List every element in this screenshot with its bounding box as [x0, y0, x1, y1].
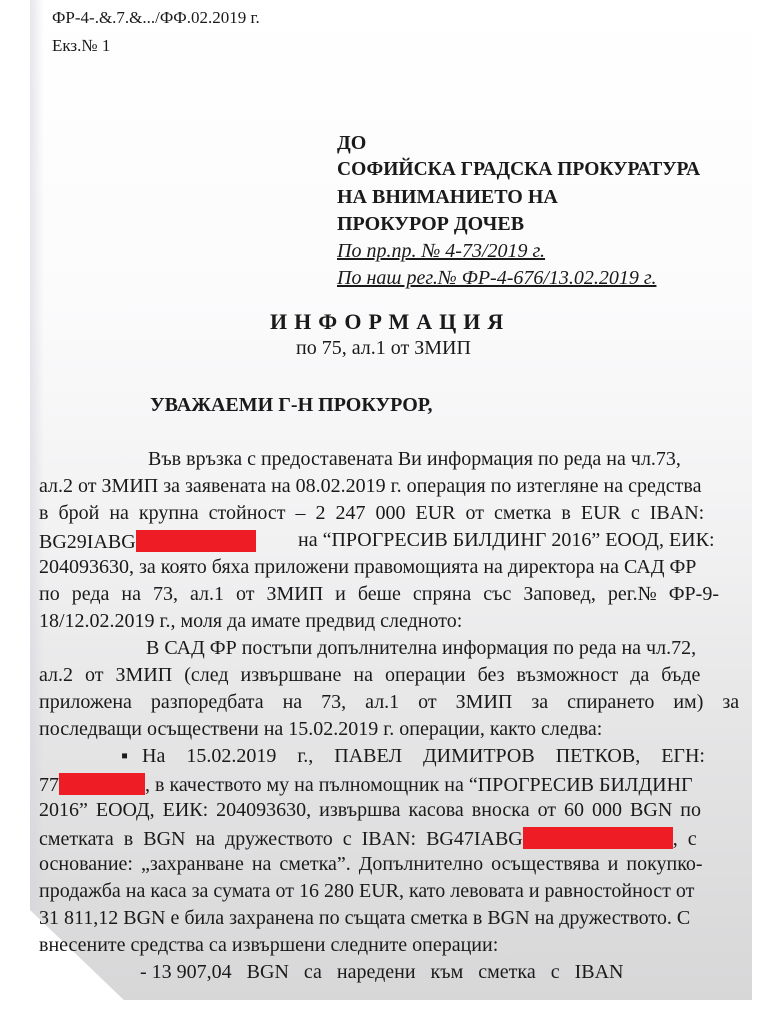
egn-prefix: 77	[39, 774, 59, 796]
text: , в качеството му на пълномощник на “ПРО…	[145, 774, 693, 796]
redacted-iban	[136, 530, 256, 552]
bullet-line3: 2016” ЕООД, ЕИК: 204093630, извършва кас…	[39, 800, 701, 820]
bullet-line7: 31 811,12 BGN е била захранена по същата…	[39, 908, 690, 928]
para1-line3: в брой на крупна стойност – 2 247 000 EU…	[39, 503, 704, 523]
para1-line2: ал.2 от ЗМИП за заявената на 08.02.2019 …	[39, 476, 701, 496]
iban-prefix: BG29IABG	[39, 531, 136, 553]
redacted-iban	[523, 827, 673, 849]
case-reference: По пр.пр. № 4-73/2019 г.	[337, 241, 545, 261]
para1-line1: Във връзка с предоставената Ви информаци…	[148, 449, 748, 469]
text: , с	[673, 828, 697, 850]
bullet-marker: ▪	[121, 746, 128, 766]
bullet-line4: сметката в BGN на дружеството с IBAN: BG…	[39, 827, 697, 849]
bullet-line1: На 15.02.2019 г., ПАВЕЛ ДИМИТРОВ ПЕТКОВ,…	[142, 746, 705, 766]
reference-number: ФР-4-.&.7.&.../ФФ.02.2019 г.	[52, 8, 260, 28]
document-title: ИНФОРМАЦИЯ	[270, 312, 510, 332]
addressee-prosecutor: ПРОКУРОР ДОЧЕВ	[337, 214, 524, 234]
document-subtitle: по 75, ал.1 от ЗМИП	[296, 338, 471, 358]
para2-line1: В САД ФР постъпи допълнителна информация…	[146, 638, 696, 658]
para2-line2: ал.2 от ЗМИП (след извършване на операци…	[39, 665, 700, 685]
page-edge-shadow	[30, 0, 44, 1000]
para1-line4: BG29IABG	[39, 530, 256, 552]
salutation: УВАЖАЕМИ Г-Н ПРОКУРОР,	[150, 395, 433, 415]
para1-line5: 204093630, за която бяха приложени право…	[39, 557, 696, 577]
bullet-line6: продажба на каса за сумата от 16 280 EUR…	[39, 881, 694, 901]
addressee-institution: СОФИЙСКА ГРАДСКА ПРОКУРАТУРА	[337, 160, 700, 180]
para2-line4: последващи осъществени на 15.02.2019 г. …	[39, 719, 602, 739]
scanned-page	[30, 0, 752, 1000]
para1-line6: по реда на 73, ал.1 от ЗМИП и беше спрян…	[39, 584, 719, 604]
sub-item-line: - 13 907,04 BGN са наредени към сметка с…	[140, 962, 623, 982]
iban-prefix: сметката в BGN на дружеството с IBAN: BG…	[39, 828, 523, 850]
addressee-to: ДО	[337, 133, 366, 153]
addressee-attention: НА ВНИМАНИЕТО НА	[337, 187, 558, 207]
our-reference: По наш рег.№ ФР-4-676/13.02.2019 г.	[337, 268, 656, 288]
bullet-line2: 77, в качеството му на пълномощник на “П…	[39, 773, 693, 795]
para2-line3: приложена разпоредбата на 73, ал.1 от ЗМ…	[39, 692, 739, 712]
text: Във връзка с предоставената Ви информаци…	[148, 449, 681, 469]
copy-number: Екз.№ 1	[52, 36, 110, 56]
para1-line4-rest: на “ПРОГРЕСИВ БИЛДИНГ 2016” ЕООД, ЕИК:	[298, 530, 715, 550]
bullet-line8: внесените средства са извършени следните…	[39, 935, 498, 955]
redacted-egn	[59, 773, 145, 795]
bullet-line5: основание: „захранване на сметка”. Допъл…	[39, 854, 703, 874]
para1-line7: 18/12.02.2019 г., моля да имате предвид …	[39, 611, 462, 631]
